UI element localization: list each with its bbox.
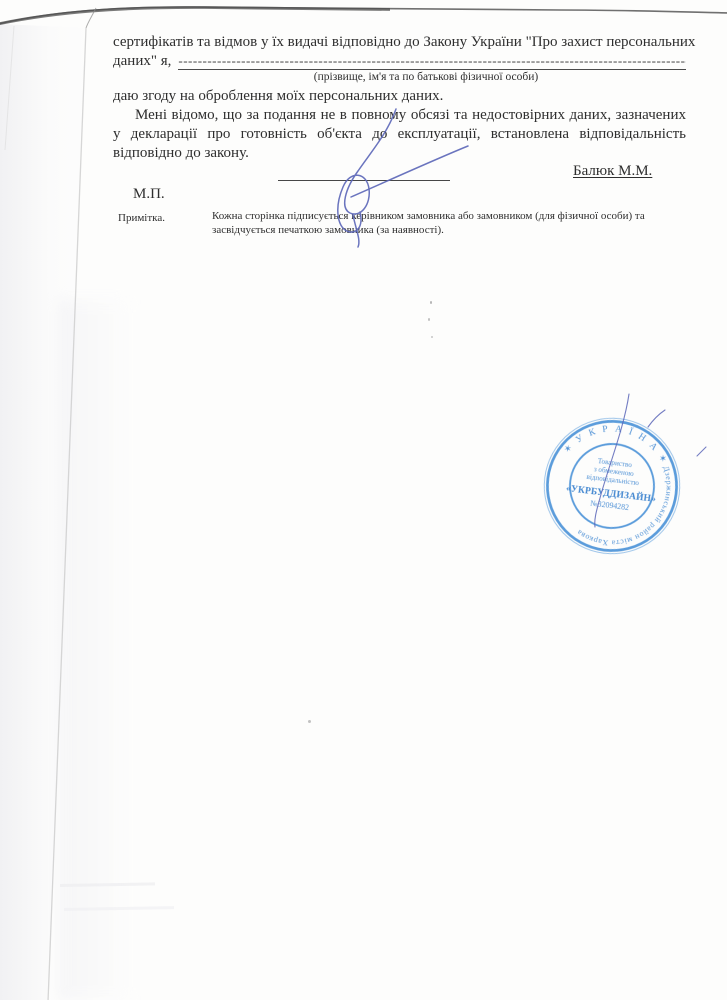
- seal-place-mark: М.П.: [133, 185, 165, 204]
- dust-speck: [308, 720, 311, 723]
- paragraph-certificates-line2: даних" я, ------------------------------…: [113, 52, 686, 71]
- dust-speck: [430, 301, 432, 304]
- name-line-caption: (прізвище, ім'я та по батькові фізичної …: [216, 70, 636, 84]
- top-edge-thick: [0, 7, 390, 24]
- dust-speck: [428, 318, 430, 321]
- page-fold-strip: [0, 24, 90, 1000]
- company-seal-stamp: ✶ У К Р А Ї Н А ✶ Дзержинський район міс…: [518, 392, 705, 579]
- note-label: Примітка.: [118, 211, 165, 225]
- stamp-outer-ring: [540, 414, 684, 558]
- scan-smudge: [64, 906, 174, 911]
- liability-paragraph: Мені відомо, що за подання не в повному …: [113, 106, 686, 163]
- scan-smudge: [60, 882, 155, 887]
- scanned-document-page: сертифікатів та відмов у їх видачі відпо…: [0, 0, 727, 1000]
- note-text: Кожна сторінка підписується керівником з…: [212, 210, 658, 237]
- signer-name: Балюк М.М.: [573, 162, 652, 181]
- signature-line: [278, 166, 450, 181]
- top-edge-line: [0, 7, 727, 24]
- underpage-edge-line: [5, 26, 14, 150]
- page-fold-line: [48, 28, 86, 1000]
- dust-speck: [431, 336, 433, 338]
- data-consent-prefix: даних" я,: [113, 52, 178, 71]
- fold-top-curl: [86, 8, 96, 28]
- paragraph-certificates-line1: сертифікатів та відмов у їх видачі відпо…: [113, 33, 686, 52]
- name-fill-in-line: ----------------------------------------…: [178, 53, 686, 70]
- fold-shadow: [58, 300, 128, 1000]
- consent-sentence: даю згоду на оброблення моїх персональни…: [113, 87, 686, 106]
